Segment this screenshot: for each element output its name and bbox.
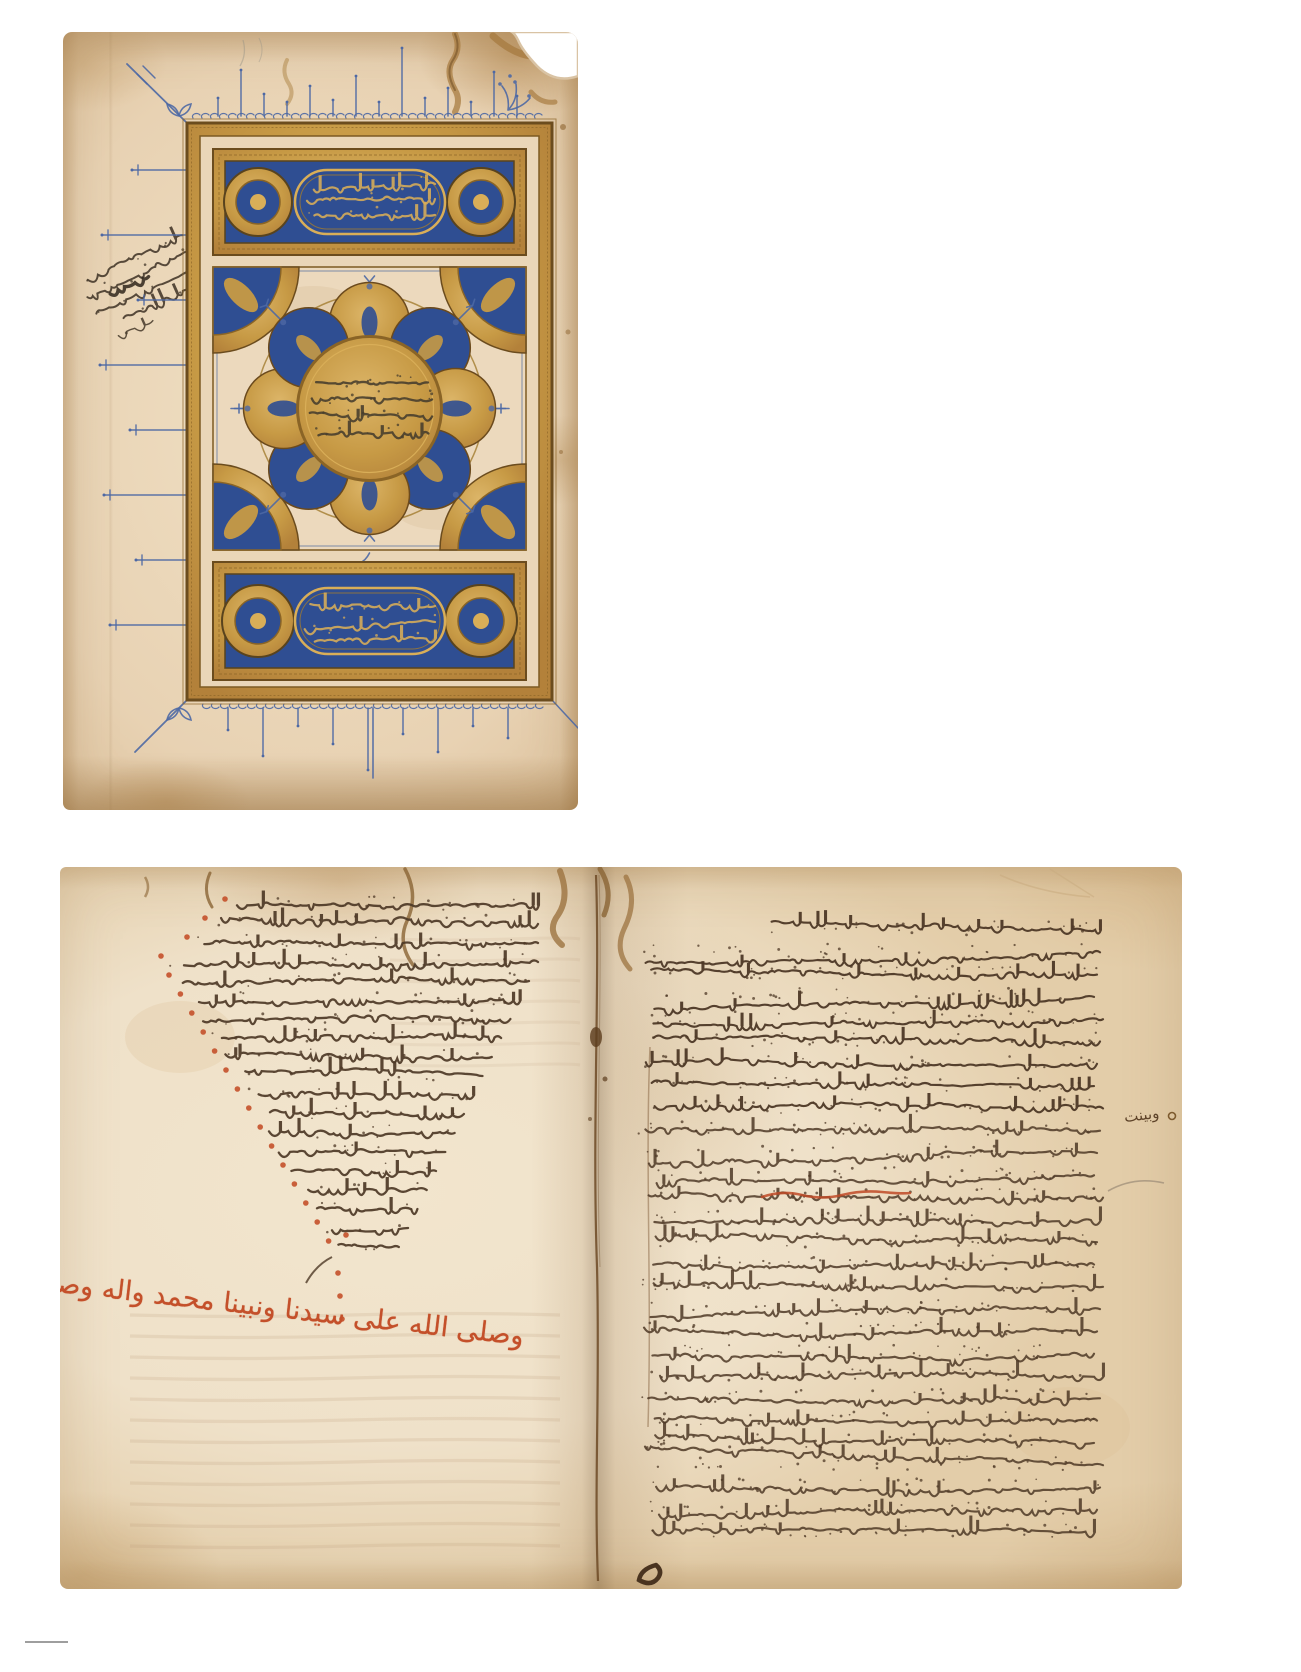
catchword-mark [639,1565,660,1583]
left-page-colophon-lines [158,892,539,1322]
top-title-panel [213,149,526,255]
bottom-title-panel [213,562,526,680]
crop-mark [25,1641,68,1643]
central-rosette [244,283,496,535]
margin-circle-mark [1169,1113,1176,1120]
frontispiece-illumination [63,32,578,810]
manuscript-spread-photo: وصلى الله على سيدنا ونبينا محمد واله وصح… [60,867,1182,1589]
red-underline [762,1191,910,1197]
pencil-flourish [1108,1181,1164,1191]
frontispiece-photo [63,32,578,810]
catalog-page: وصلى الله على سيدنا ونبينا محمد واله وصح… [0,0,1301,1672]
central-field [213,267,526,563]
spread-decoration [60,867,1182,1589]
